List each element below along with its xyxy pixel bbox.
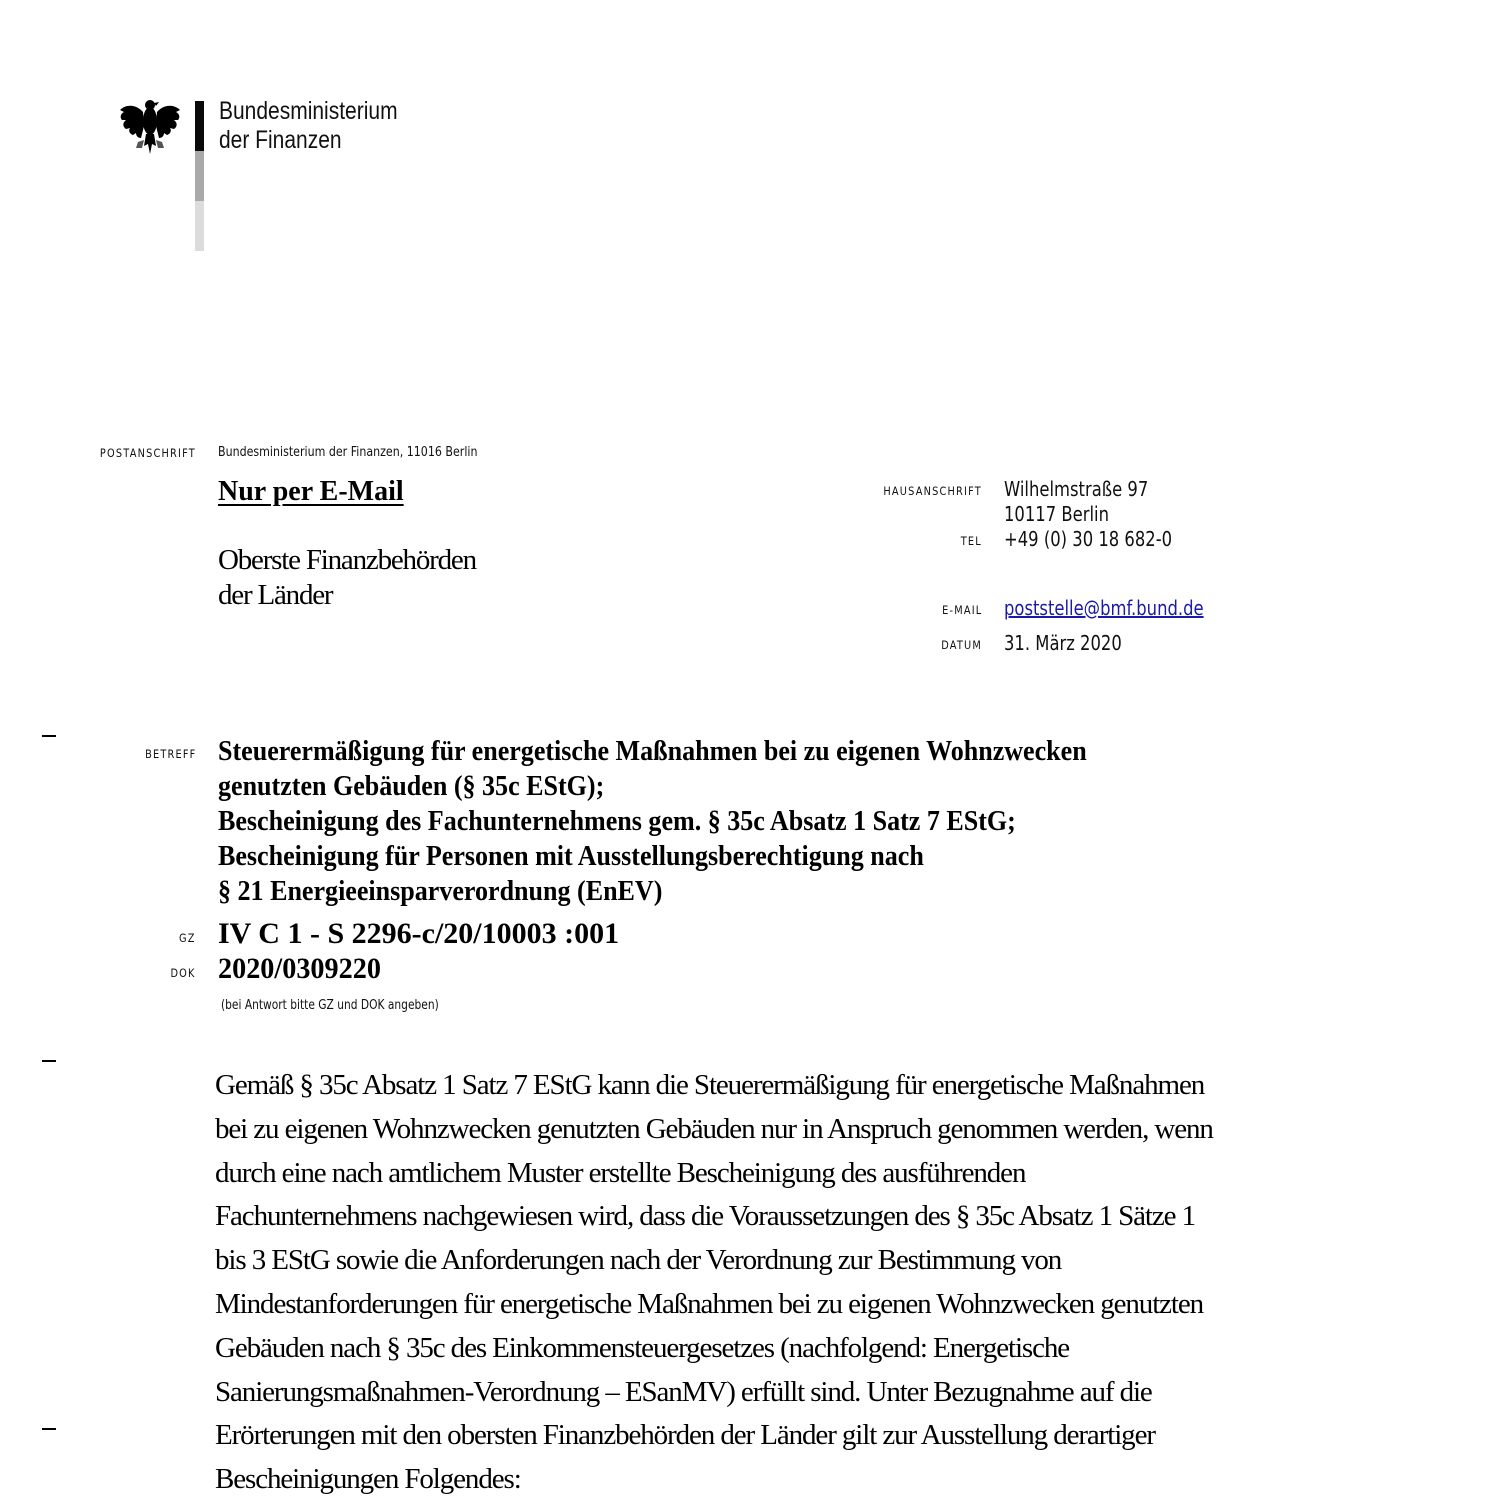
delivery-note: Nur per E-Mail [218,476,404,508]
subject-line: § 21 Energieeinsparverordnung (EnEV) [218,874,1087,909]
body-line: bis 3 EStG sowie die Anforderungen nach … [215,1239,1375,1283]
address-line: 10117 Berlin [1004,502,1148,527]
hausanschrift-value: Wilhelmstraße 97 10117 Berlin [1004,477,1148,527]
email-link[interactable]: poststelle@bmf.bund.de [1004,596,1204,621]
body-line: Sanierungsmaßnahmen-Verordnung – ESanMV)… [215,1371,1375,1415]
body-line: Mindestanforderungen für energetische Ma… [215,1283,1375,1327]
logo-bar-gray [195,151,204,201]
subject-line: Bescheinigung des Fachunternehmens gem. … [218,804,1087,839]
ministry-name-line: der Finanzen [219,126,398,155]
postanschrift-value: Bundesministerium der Finanzen, 11016 Be… [218,445,477,460]
logo-bar-lightgray [195,201,204,251]
body-line: Gebäuden nach § 35c des Einkommensteuerg… [215,1327,1375,1371]
recipient-line: der Länder [218,578,476,613]
subject-line: Steuerermäßigung für energetische Maßnah… [218,734,1087,769]
betreff-label: BETREFF [145,747,196,761]
body-line: Fachunternehmens nachgewiesen wird, dass… [215,1195,1375,1239]
body-line: Erörterungen mit den obersten Finanzbehö… [215,1414,1375,1458]
ministry-name: Bundesministerium der Finanzen [219,97,398,155]
body-line: Gemäß § 35c Absatz 1 Satz 7 EStG kann di… [215,1064,1375,1108]
dok-value: 2020/0309220 [218,952,381,986]
logo-bar-black [195,101,204,151]
tel-label: TEL [961,534,982,548]
subject-line: genutzten Gebäuden (§ 35c EStG); [218,769,1087,804]
dok-label: DOK [171,966,196,980]
fold-mark [42,1428,56,1430]
logo-color-bar [195,101,204,251]
federal-eagle-icon [118,96,182,158]
fold-mark [42,735,56,737]
datum-value: 31. März 2020 [1004,631,1122,656]
hausanschrift-label: HAUSANSCHRIFT [883,484,982,498]
recipient-line: Oberste Finanzbehörden [218,543,476,578]
gz-value: IV C 1 - S 2296-c/20/10003 :001 [218,917,619,951]
subject: Steuerermäßigung für energetische Maßnah… [218,734,1087,909]
body-line: durch eine nach amtlichem Muster erstell… [215,1152,1375,1196]
punch-mark [42,1060,56,1062]
reply-hint: (bei Antwort bitte GZ und DOK angeben) [221,998,439,1013]
tel-value: +49 (0) 30 18 682-0 [1004,527,1172,552]
datum-label: DATUM [941,638,982,652]
gz-label: GZ [179,931,196,945]
body-paragraph: Gemäß § 35c Absatz 1 Satz 7 EStG kann di… [215,1064,1375,1500]
address-line: Wilhelmstraße 97 [1004,477,1148,502]
subject-line: Bescheinigung für Personen mit Ausstellu… [218,839,1087,874]
body-line: Bescheinigungen Folgendes: [215,1458,1375,1500]
ministry-name-line: Bundesministerium [219,97,398,126]
email-label: E-MAIL [942,603,982,617]
postanschrift-label: POSTANSCHRIFT [100,446,196,460]
recipient-address: Oberste Finanzbehörden der Länder [218,543,476,613]
body-line: bei zu eigenen Wohnzwecken genutzten Geb… [215,1108,1375,1152]
